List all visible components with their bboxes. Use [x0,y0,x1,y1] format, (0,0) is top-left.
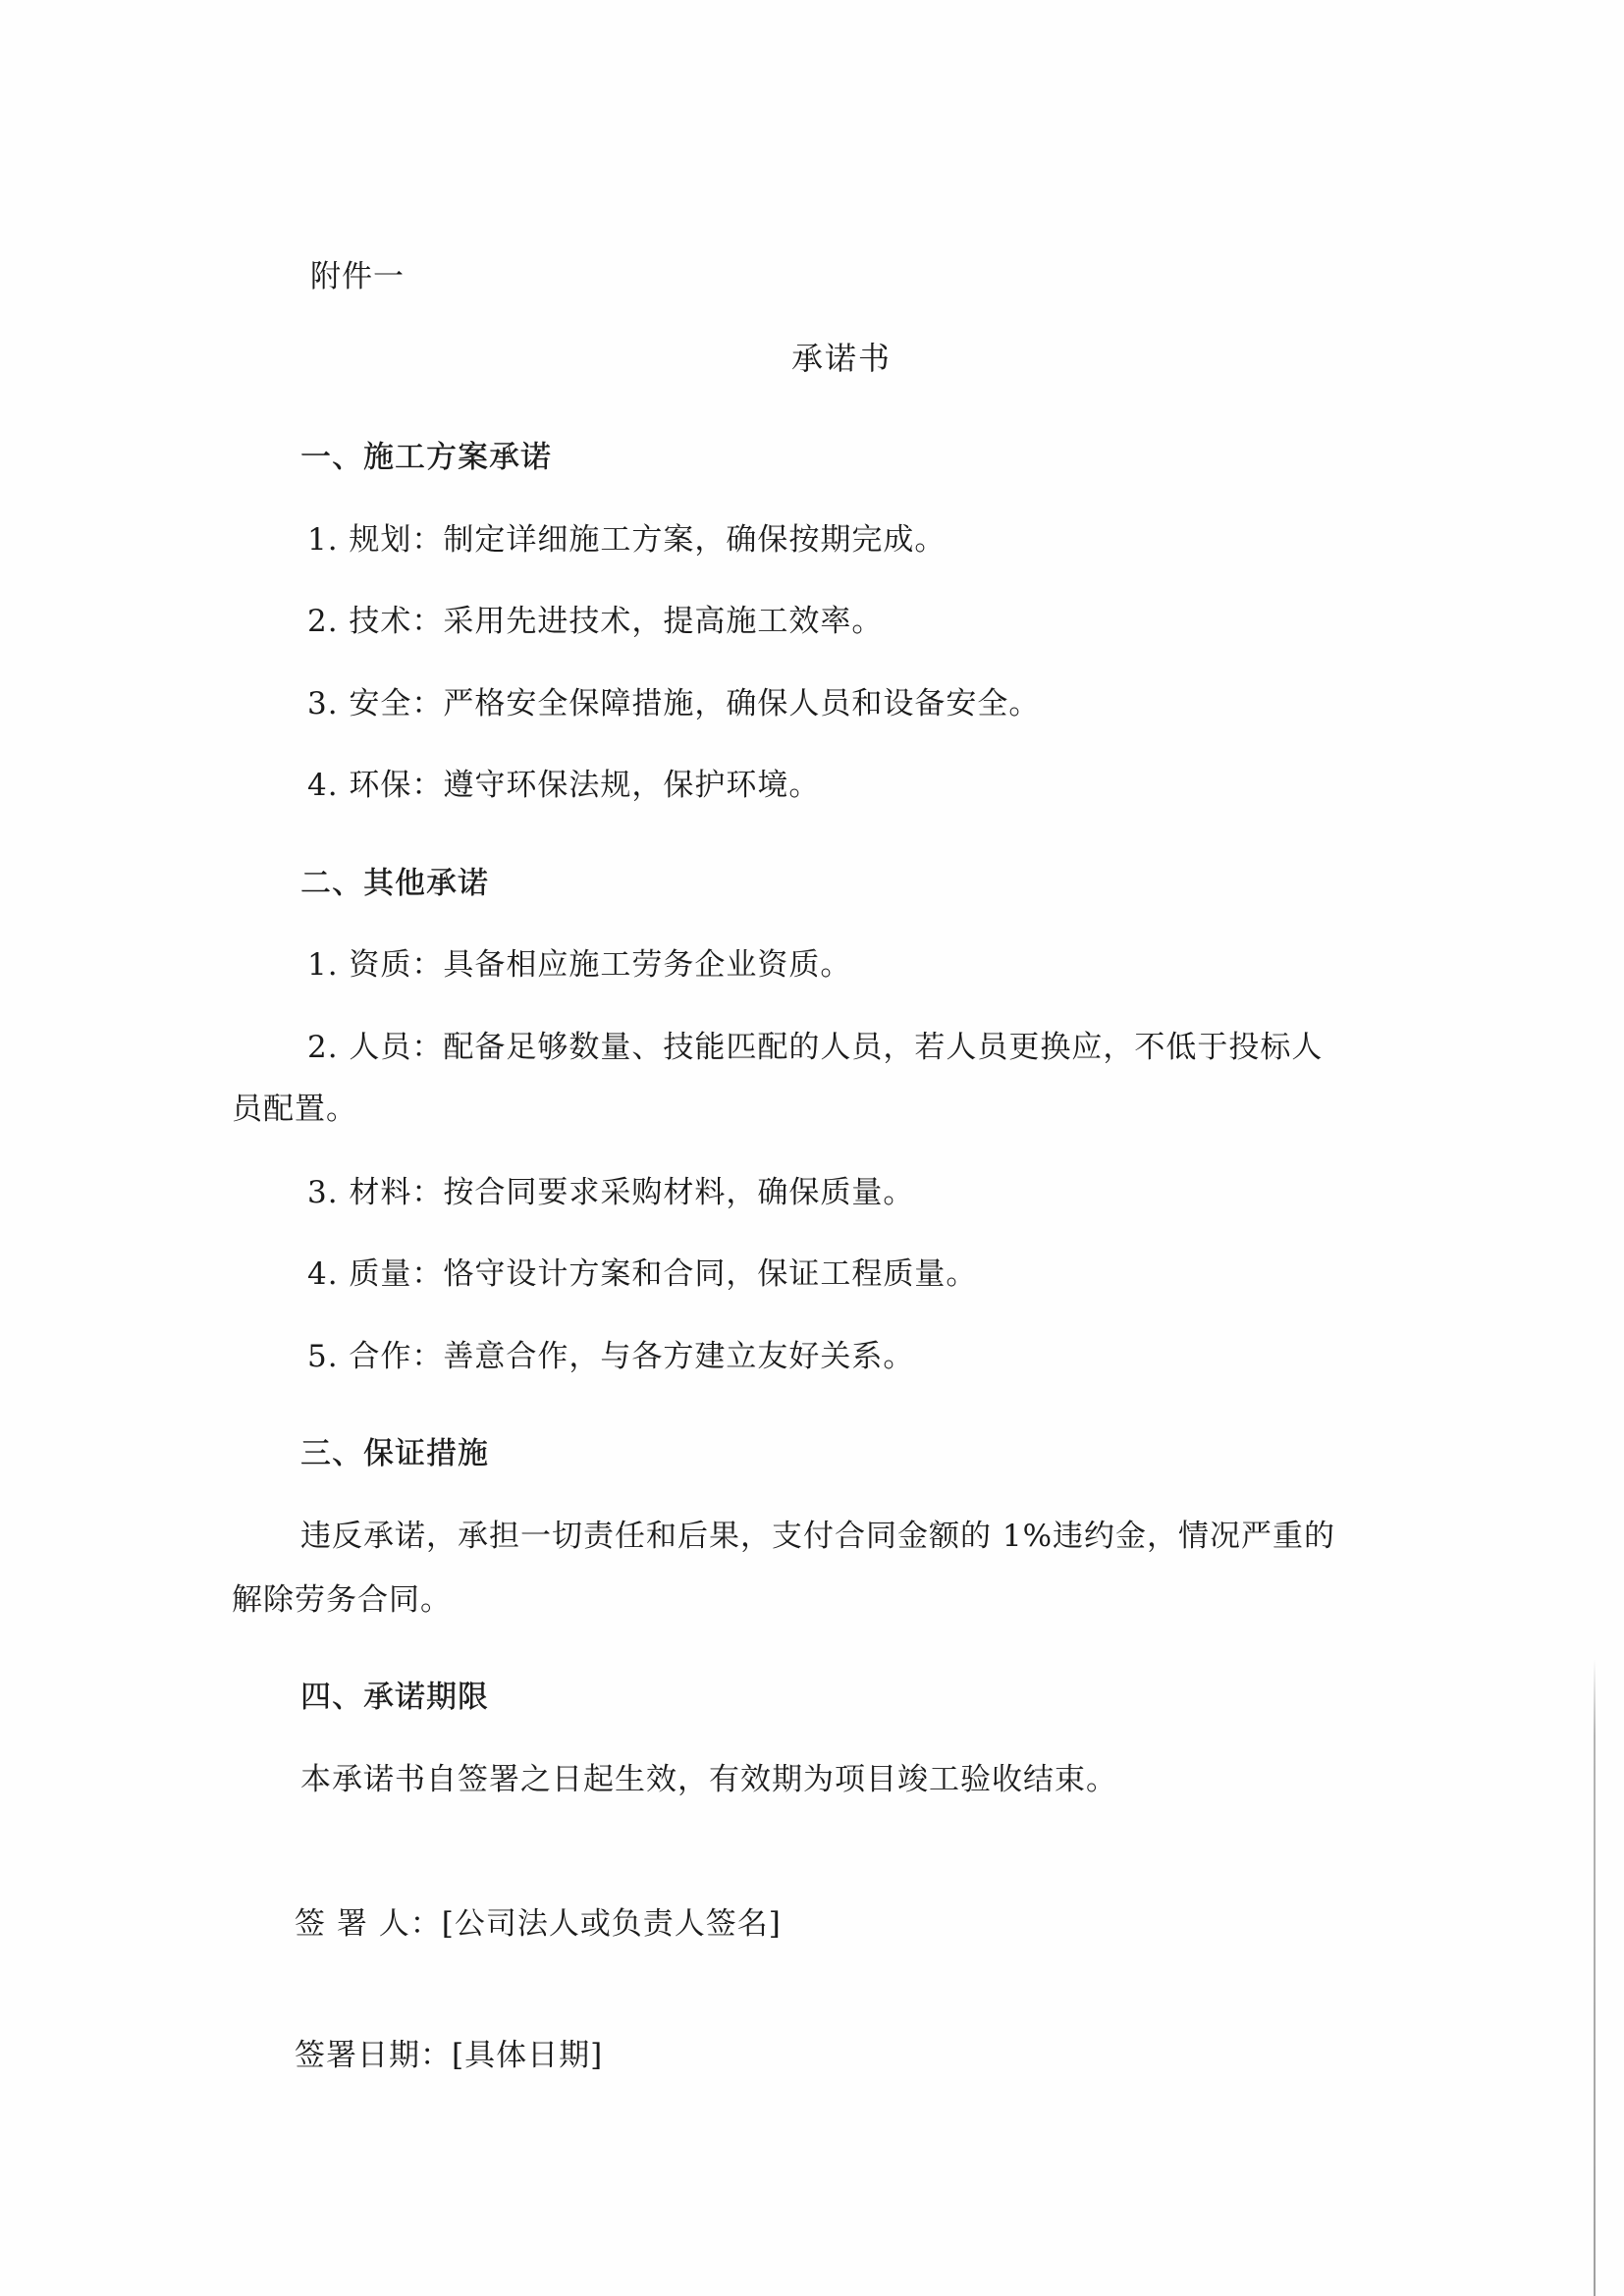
list-item: 5. 合作：善意合作，与各方建立友好关系。 [307,1337,914,1376]
signer-label: 签 署 人： [295,1906,442,1942]
list-item: 3. 材料：按合同要求采购材料，确保质量。 [307,1173,914,1212]
list-item: 1. 资质：具备相应施工劳务企业资质。 [307,945,851,985]
signer-value: [公司法人或负责人签名] [442,1906,782,1942]
section-heading-guarantee-measures: 三、保证措施 [300,1434,489,1473]
sign-date-label: 签署日期： [295,2038,452,2073]
paragraph: 违反承诺，承担一切责任和后果，支付合同金额的 1%违约金，情况严重的 [300,1517,1335,1556]
document-title: 承诺书 [791,339,892,378]
list-item: 4. 质量：恪守设计方案和合同，保证工程质量。 [307,1255,977,1294]
list-item: 2. 技术：采用先进技术，提高施工效率。 [307,602,883,641]
list-item: 3. 安全：严格安全保障措施，确保人员和设备安全。 [307,684,1040,723]
list-item-continuation: 员配置。 [232,1090,357,1129]
document-page: 附件一 承诺书 一、施工方案承诺 1. 规划：制定详细施工方案，确保按期完成。 … [0,0,1624,2296]
list-item: 1. 规划：制定详细施工方案，确保按期完成。 [307,520,946,560]
attachment-label: 附件一 [310,257,405,296]
paragraph-continuation: 解除劳务合同。 [232,1580,452,1620]
section-heading-commitment-period: 四、承诺期限 [300,1678,489,1717]
section-heading-other-commitments: 二、其他承诺 [300,864,489,903]
scan-artifact-line [1594,1659,1596,2296]
paragraph: 本承诺书自签署之日起生效，有效期为项目竣工验收结束。 [300,1760,1117,1799]
section-heading-construction-plan: 一、施工方案承诺 [300,438,552,477]
signer-line: 签 署 人：[公司法人或负责人签名] [295,1904,782,1944]
list-item: 2. 人员：配备足够数量、技能匹配的人员，若人员更换应，不低于投标人 [307,1028,1323,1067]
sign-date-value: [具体日期] [452,2038,603,2073]
list-item: 4. 环保：遵守环保法规，保护环境。 [307,766,820,805]
sign-date-line: 签署日期：[具体日期] [295,2036,603,2075]
